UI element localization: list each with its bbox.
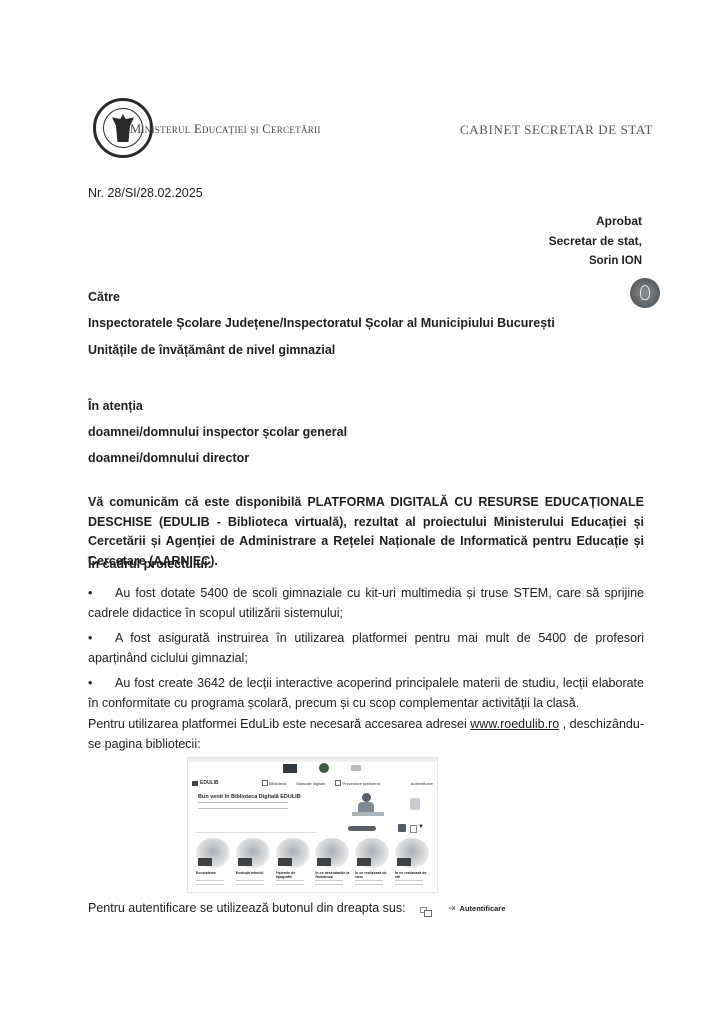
library-switch-icon [420, 907, 432, 917]
book-icon [192, 781, 198, 786]
lesson-card: Evoluția tehnicii [236, 838, 272, 885]
lesson-card: În ce realizează de stil [395, 838, 431, 885]
recipients-label: Către [88, 290, 120, 304]
lesson-thumbnail [315, 838, 349, 868]
welcome-heading: Bun venit în Biblioteca Digitală EDULIB [198, 794, 301, 800]
bullet-item: •Au fost dotate 5400 de scoli gimnaziale… [88, 583, 644, 623]
lesson-card: Ecosisteme [196, 838, 232, 885]
eu-flag-icon [283, 764, 297, 773]
lesson-card: În ce realizează de case [355, 838, 391, 885]
sign-in-arrow-icon: ⇥ [448, 903, 456, 914]
presentation-icon [335, 780, 341, 786]
bullet-icon: • [88, 628, 115, 648]
roedulib-link[interactable]: www.roedulib.ro [470, 717, 559, 731]
nav-prezentare: Prezentare platformă [335, 780, 379, 786]
bullet-item: •A fost asigurată instruirea în utilizar… [88, 628, 644, 668]
hero-decoration [410, 798, 420, 810]
bullet-item: •Au fost create 3642 de lecții interacti… [88, 673, 644, 713]
nav-auth: Autentificare [411, 781, 433, 786]
ministry-name: Ministerul Educației și Cercetării [130, 122, 321, 137]
hero-illustration [348, 788, 388, 820]
lesson-cards: Ecosisteme Evoluția tehnicii Fișierele d… [196, 838, 431, 885]
access-paragraph: Pentru utilizarea platformei EduLib este… [88, 715, 644, 754]
filter-icon: ▼ [418, 824, 424, 830]
bullet-icon: • [88, 583, 115, 603]
filter-pill [348, 826, 376, 831]
lesson-card: Fișierele de tipografie [276, 838, 312, 885]
lesson-thumbnail [196, 838, 230, 868]
grid-view-icon [398, 824, 406, 832]
attention-label: În atenția [88, 399, 143, 413]
reference-number: Nr. 28/SI/28.02.2025 [88, 186, 203, 200]
lesson-thumbnail [236, 838, 270, 868]
project-bullet-list: •Au fost dotate 5400 de scoli gimnaziale… [88, 583, 644, 718]
autentificare-button[interactable]: ⇥ Autentificare [448, 903, 505, 914]
government-logo-icon [319, 763, 329, 773]
bullet-icon: • [88, 673, 115, 693]
autentificare-label: Autentificare [460, 904, 506, 913]
auth-instruction: Pentru autentificare se utilizează buton… [88, 901, 406, 915]
approval-block: Aprobat Secretar de stat, Sorin ION [549, 211, 642, 271]
nav-manuale: Manuale digitale [296, 781, 325, 786]
attention-line-2: doamnei/domnului director [88, 451, 249, 465]
library-icon [262, 780, 268, 786]
lesson-thumbnail [395, 838, 429, 868]
search-bar [196, 827, 316, 833]
recipients-line-1: Inspectoratele Școlare Județene/Inspecto… [88, 316, 555, 330]
recipients-line-2: Unitățile de învățământ de nivel gimnazi… [88, 343, 335, 357]
lesson-card: În ce desenăm/de la Românica [315, 838, 351, 885]
seal-mark [640, 285, 650, 300]
official-seal-icon [630, 278, 660, 308]
edulib-brand: EDULIB [192, 780, 262, 786]
approval-status: Aprobat [549, 211, 642, 231]
screenshot-topbar [188, 758, 437, 762]
attention-line-1: doamnei/domnului inspector școlar genera… [88, 425, 347, 439]
approval-role: Secretar de stat, [549, 231, 642, 251]
platform-screenshot: EDULIB Biblioteca Manuale digitale Preze… [187, 757, 438, 893]
lesson-thumbnail [276, 838, 310, 868]
partner-logos [283, 763, 361, 773]
list-view-icon [410, 825, 417, 833]
lesson-thumbnail [355, 838, 389, 868]
cabinet-name: CABINET SECRETAR DE STAT [460, 122, 653, 138]
welcome-description [198, 802, 288, 809]
approval-name: Sorin ION [549, 251, 642, 271]
platform-nav: EDULIB Biblioteca Manuale digitale Preze… [192, 779, 433, 787]
project-heading: În cadrul proiectului: [88, 557, 212, 571]
partner-logo-icon [351, 765, 361, 771]
nav-biblioteca: Biblioteca [262, 780, 286, 786]
